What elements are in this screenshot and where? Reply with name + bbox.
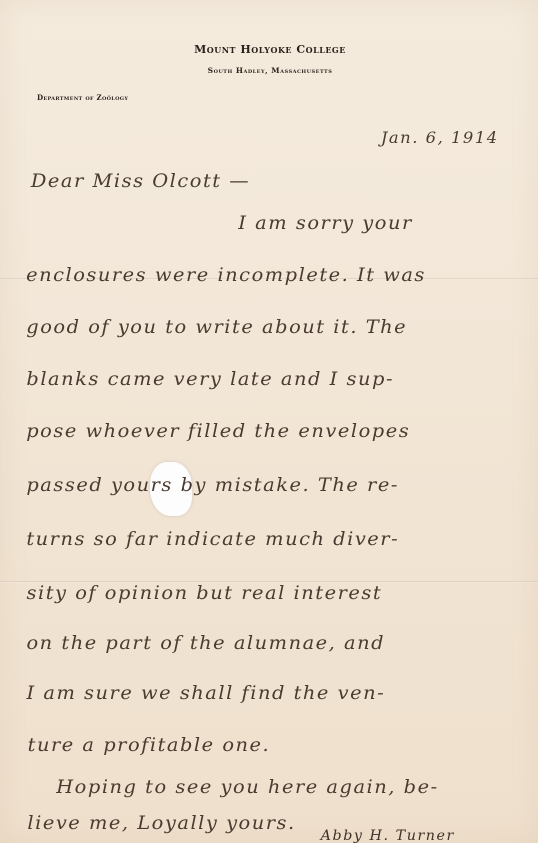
- letter-line: I am sure we shall find the ven-: [26, 682, 385, 704]
- letter-line: passed yours by mistake. The re-: [26, 474, 399, 496]
- signature: Abby H. Turner: [321, 828, 455, 844]
- letterhead-department: Department of Zoölogy: [37, 93, 128, 102]
- letter-page: Mount Holyoke College South Hadley, Mass…: [0, 0, 538, 843]
- letter-line: ture a profitable one.: [28, 734, 271, 756]
- letter-line: sity of opinion but real interest: [27, 582, 383, 604]
- letter-line: blanks came very late and I sup-: [26, 368, 394, 390]
- letter-line: I am sorry your: [238, 212, 412, 234]
- letter-line: enclosures were incomplete. It was: [26, 264, 426, 286]
- letter-line: pose whoever filled the envelopes: [26, 420, 410, 442]
- letter-line: on the part of the alumnae, and: [26, 632, 385, 654]
- letter-line: turns so far indicate much diver-: [26, 528, 399, 550]
- letter-date: Jan. 6, 1914: [381, 128, 499, 147]
- letter-line: good of you to write about it. The: [26, 316, 407, 338]
- letter-line: Hoping to see you here again, be-: [56, 776, 438, 798]
- letter-line: lieve me, Loyally yours.: [27, 812, 295, 834]
- letterhead-location: South Hadley, Massachusetts: [0, 66, 540, 75]
- letterhead-institution: Mount Holyoke College: [0, 43, 540, 56]
- salutation: Dear Miss Olcott —: [31, 170, 250, 192]
